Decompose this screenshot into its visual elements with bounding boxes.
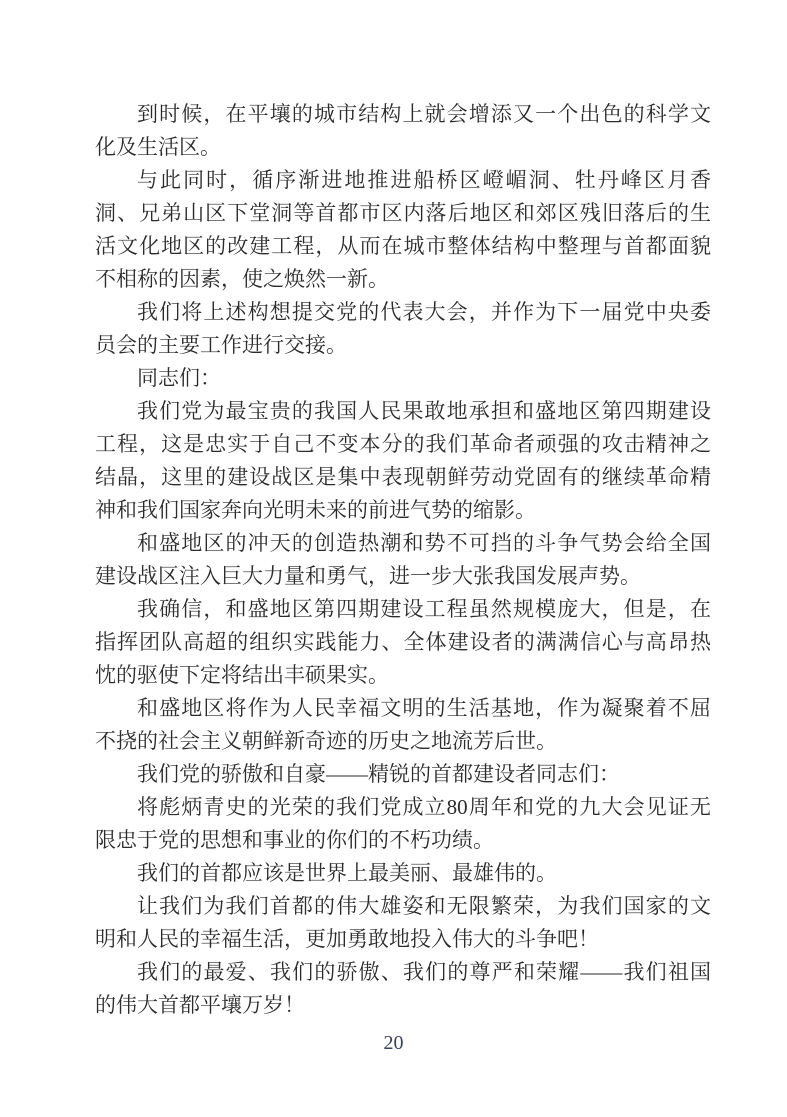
text-line: 到时候，在平壤的城市结构上就会增添又一个出色的科学文 [95, 98, 711, 131]
text-line: 员会的主要工作进行交接。 [95, 329, 711, 362]
text-line: 和盛地区的冲天的创造热潮和势不可挡的斗争气势会给全国 [95, 527, 711, 560]
text-line: 我们将上述构想提交党的代表大会，并作为下一届党中央委 [95, 296, 711, 329]
text-line: 活文化地区的改建工程，从而在城市整体结构中整理与首都面貌 [95, 230, 711, 263]
text-line: 指挥团队高超的组织实践能力、全体建设者的满满信心与高昂热 [95, 626, 711, 659]
text-line: 不挠的社会主义朝鲜新奇迹的历史之地流芳后世。 [95, 725, 711, 758]
text-line: 明和人民的幸福生活，更加勇敢地投入伟大的斗争吧！ [95, 923, 711, 956]
text-line: 建设战区注入巨大力量和勇气，进一步大张我国发展声势。 [95, 560, 711, 593]
paragraph: 将彪炳青史的光荣的我们党成立80周年和党的九大会见证无限忠于党的思想和事业的你们… [95, 791, 711, 857]
paragraph: 同志们： [95, 362, 711, 395]
paragraph: 到时候，在平壤的城市结构上就会增添又一个出色的科学文化及生活区。 [95, 98, 711, 164]
document-page: 到时候，在平壤的城市结构上就会增添又一个出色的科学文化及生活区。与此同时，循序渐… [0, 0, 787, 1117]
text-line: 我确信，和盛地区第四期建设工程虽然规模庞大，但是，在 [95, 593, 711, 626]
paragraph: 让我们为我们首都的伟大雄姿和无限繁荣，为我们国家的文明和人民的幸福生活，更加勇敢… [95, 890, 711, 956]
paragraph: 我们的最爱、我们的骄傲、我们的尊严和荣耀——我们祖国的伟大首都平壤万岁！ [95, 956, 711, 1022]
text-line: 和盛地区将作为人民幸福文明的生活基地，作为凝聚着不屈 [95, 692, 711, 725]
text-line: 与此同时，循序渐进地推进船桥区嶝嵋洞、牡丹峰区月香 [95, 164, 711, 197]
document-body: 到时候，在平壤的城市结构上就会增添又一个出色的科学文化及生活区。与此同时，循序渐… [95, 98, 711, 1022]
paragraph: 与此同时，循序渐进地推进船桥区嶝嵋洞、牡丹峰区月香洞、兄弟山区下堂洞等首都市区内… [95, 164, 711, 296]
text-line: 同志们： [95, 362, 711, 395]
text-line: 不相称的因素，使之焕然一新。 [95, 263, 711, 296]
text-line: 的伟大首都平壤万岁！ [95, 989, 711, 1022]
text-line: 工程，这是忠实于自己不变本分的我们革命者顽强的攻击精神之 [95, 428, 711, 461]
page-number: 20 [0, 1028, 787, 1058]
paragraph: 我们党为最宝贵的我国人民果敢地承担和盛地区第四期建设工程，这是忠实于自己不变本分… [95, 395, 711, 527]
paragraph: 我们党的骄傲和自豪——精锐的首都建设者同志们： [95, 758, 711, 791]
text-line: 忱的驱使下定将结出丰硕果实。 [95, 659, 711, 692]
text-line: 我们的最爱、我们的骄傲、我们的尊严和荣耀——我们祖国 [95, 956, 711, 989]
text-line: 结晶，这里的建设战区是集中表现朝鲜劳动党固有的继续革命精 [95, 461, 711, 494]
text-line: 让我们为我们首都的伟大雄姿和无限繁荣，为我们国家的文 [95, 890, 711, 923]
text-line: 限忠于党的思想和事业的你们的不朽功绩。 [95, 824, 711, 857]
paragraph: 我们的首都应该是世界上最美丽、最雄伟的。 [95, 857, 711, 890]
text-line: 洞、兄弟山区下堂洞等首都市区内落后地区和郊区残旧落后的生 [95, 197, 711, 230]
text-line: 我们党的骄傲和自豪——精锐的首都建设者同志们： [95, 758, 711, 791]
text-line: 化及生活区。 [95, 131, 711, 164]
paragraph: 我确信，和盛地区第四期建设工程虽然规模庞大，但是，在指挥团队高超的组织实践能力、… [95, 593, 711, 692]
text-line: 我们党为最宝贵的我国人民果敢地承担和盛地区第四期建设 [95, 395, 711, 428]
text-line: 将彪炳青史的光荣的我们党成立80周年和党的九大会见证无 [95, 791, 711, 824]
paragraph: 和盛地区将作为人民幸福文明的生活基地，作为凝聚着不屈不挠的社会主义朝鲜新奇迹的历… [95, 692, 711, 758]
text-line: 我们的首都应该是世界上最美丽、最雄伟的。 [95, 857, 711, 890]
paragraph: 和盛地区的冲天的创造热潮和势不可挡的斗争气势会给全国建设战区注入巨大力量和勇气，… [95, 527, 711, 593]
text-line: 神和我们国家奔向光明未来的前进气势的缩影。 [95, 494, 711, 527]
paragraph: 我们将上述构想提交党的代表大会，并作为下一届党中央委员会的主要工作进行交接。 [95, 296, 711, 362]
